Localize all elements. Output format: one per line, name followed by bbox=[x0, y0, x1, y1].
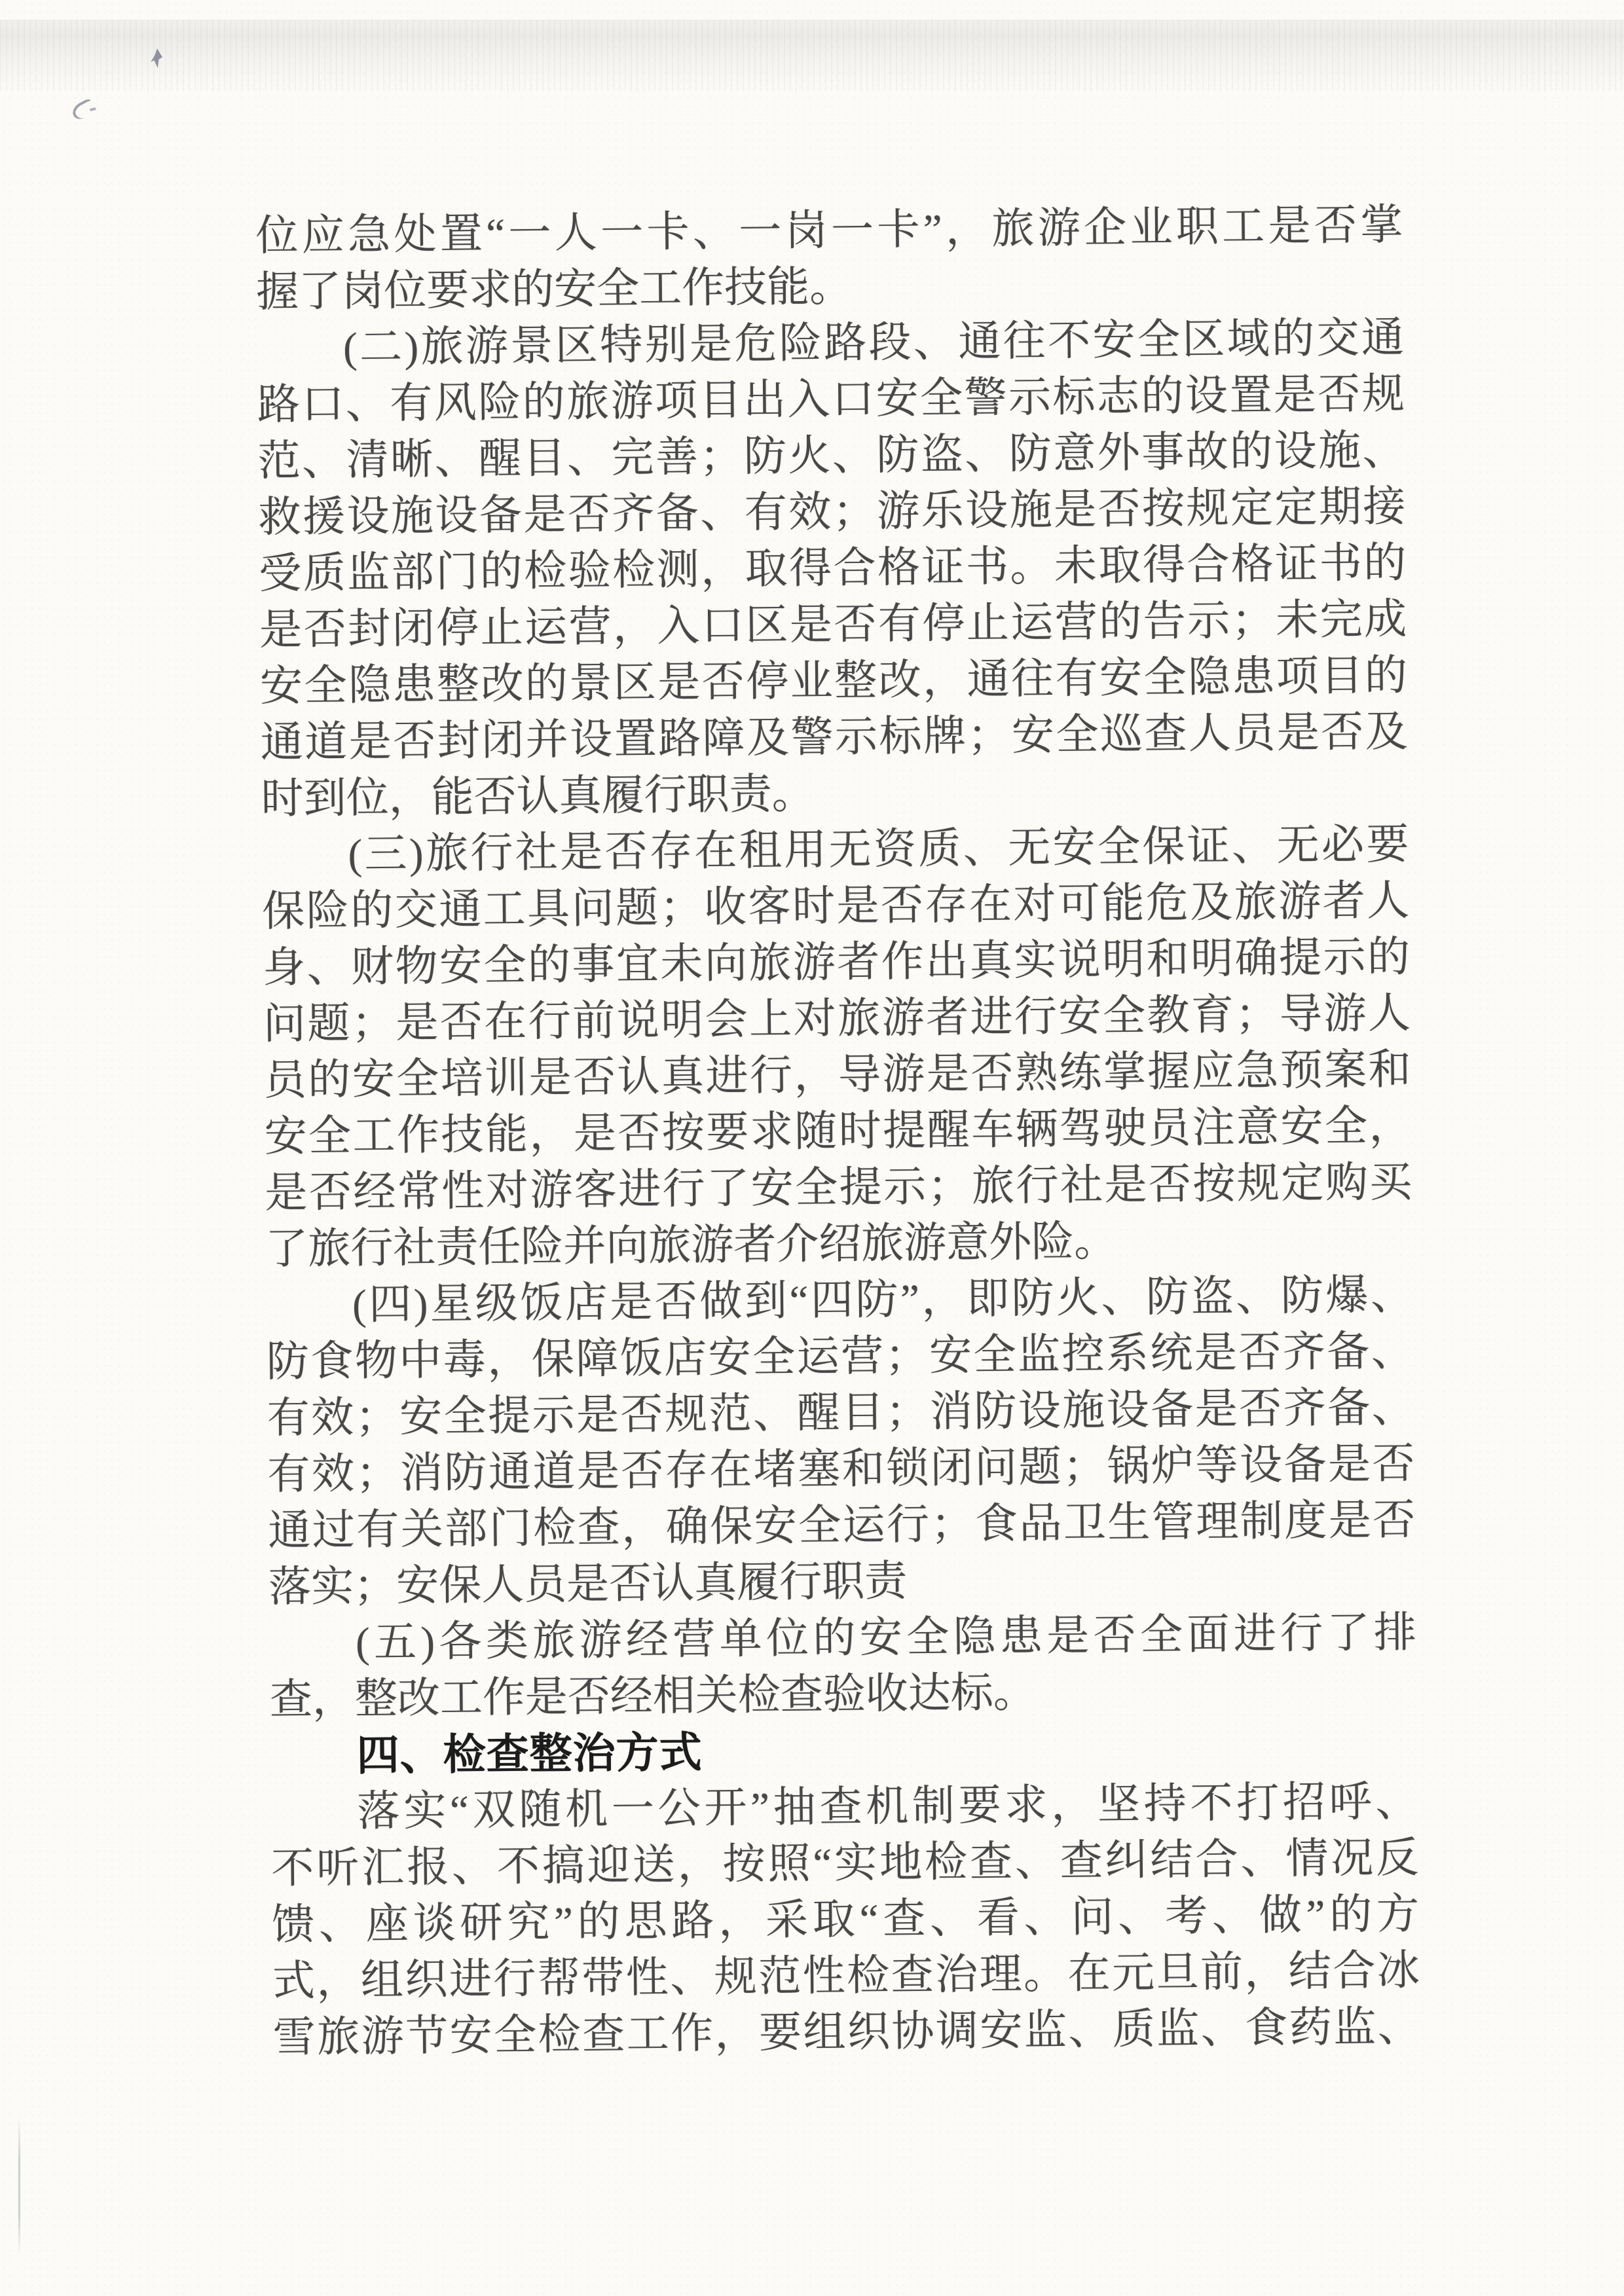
text-line: 握了岗位要求的安全工作技能。 bbox=[256, 253, 1404, 321]
text-line: 查，整改工作是否经相关检查验收达标。 bbox=[269, 1661, 1417, 1728]
text-line: (二)旅游景区特别是危险路段、通往不安全区域的交通 bbox=[257, 310, 1405, 377]
scanner-shadow-band bbox=[0, 20, 1624, 92]
text-line: 安全隐患整改的景区是否停业整改，通往有安全隐患项目的 bbox=[260, 647, 1408, 715]
text-line: 路口、有风险的旅游项目出入口安全警示标志的设置是否规 bbox=[257, 366, 1405, 433]
text-line: 落实“双随机一公开”抽查机制要求，坚持不打招呼、 bbox=[270, 1774, 1418, 1841]
text-line: 式，组织进行帮带性、规范性检查治理。在元旦前，结合冰 bbox=[272, 1942, 1420, 2010]
text-line: 是否封闭停止运营，入口区是否有停止运营的告示；未完成 bbox=[259, 591, 1407, 659]
section-heading: 四、检查整治方式 bbox=[270, 1717, 1418, 1785]
text-line: 救援设施设备是否齐备、有效；游乐设施是否按规定定期接 bbox=[258, 479, 1406, 546]
text-line: 通道是否封闭并设置路障及警示标牌；安全巡查人员是否及 bbox=[260, 704, 1408, 771]
text-line: 位应急处置“一人一卡、一岗一卡”，旅游企业职工是否掌 bbox=[255, 197, 1403, 264]
scan-edge-line bbox=[18, 2118, 20, 2255]
text-line: (三)旅行社是否存在租用无资质、无安全保证、无必要 bbox=[261, 816, 1409, 884]
text-line: (四)星级饭店是否做到“四防”，即防火、防盗、防爆、 bbox=[266, 1267, 1414, 1334]
text-line: 保险的交通工具问题；收客时是否存在对可能危及旅游者人 bbox=[262, 873, 1410, 940]
text-line: 了旅行社责任险并向旅游者介绍旅游意外险。 bbox=[265, 1211, 1413, 1278]
text-line: 通过有关部门检查，确保安全运行；食品卫生管理制度是否 bbox=[268, 1492, 1416, 1559]
document-text-block: 位应急处置“一人一卡、一岗一卡”，旅游企业职工是否掌 握了岗位要求的安全工作技能… bbox=[255, 197, 1420, 2066]
text-line: 安全工作技能，是否按要求随时提醒车辆驾驶员注意安全， bbox=[264, 1098, 1412, 1165]
text-line: 雪旅游节安全检查工作，要组织协调安监、质监、食药监、 bbox=[272, 1999, 1420, 2066]
text-line: 有效；消防通道是否存在堵塞和锁闭问题；锅炉等设备是否 bbox=[267, 1436, 1415, 1503]
text-line: 防食物中毒，保障饭店安全运营；安全监控系统是否齐备、 bbox=[267, 1323, 1414, 1391]
text-line: 问题；是否在行前说明会上对旅游者进行安全教育；导游人 bbox=[263, 985, 1411, 1053]
text-line: 范、清晰、醒目、完善；防火、防盗、防意外事故的设施、 bbox=[257, 422, 1405, 490]
text-line: 有效；安全提示是否规范、醒目；消防设施设备是否齐备、 bbox=[267, 1379, 1414, 1447]
text-line: 员的安全培训是否认真进行，导游是否熟练掌握应急预案和 bbox=[263, 1042, 1411, 1109]
text-line: 馈、座谈研究”的思路，采取“查、看、问、考、做”的方 bbox=[272, 1886, 1420, 1954]
text-line: (五)各类旅游经营单位的安全隐患是否全面进行了排 bbox=[269, 1605, 1417, 1672]
text-line: 时到位，能否认真履行职责。 bbox=[261, 760, 1409, 828]
ink-speck-icon bbox=[69, 98, 96, 122]
text-line: 不听汇报、不搞迎送，按照“实地检查、查纠结合、情况反 bbox=[271, 1830, 1419, 1897]
scanned-page: 位应急处置“一人一卡、一岗一卡”，旅游企业职工是否掌 握了岗位要求的安全工作技能… bbox=[0, 0, 1624, 2296]
text-line: 受质监部门的检验检测，取得合格证书。未取得合格证书的 bbox=[259, 535, 1407, 602]
text-line: 落实；安保人员是否认真履行职责 bbox=[268, 1548, 1416, 1616]
text-line: 身、财物安全的事宜未向旅游者作出真实说明和明确提示的 bbox=[263, 929, 1411, 996]
text-line: 是否经常性对游客进行了安全提示；旅行社是否按规定购买 bbox=[265, 1154, 1412, 1222]
